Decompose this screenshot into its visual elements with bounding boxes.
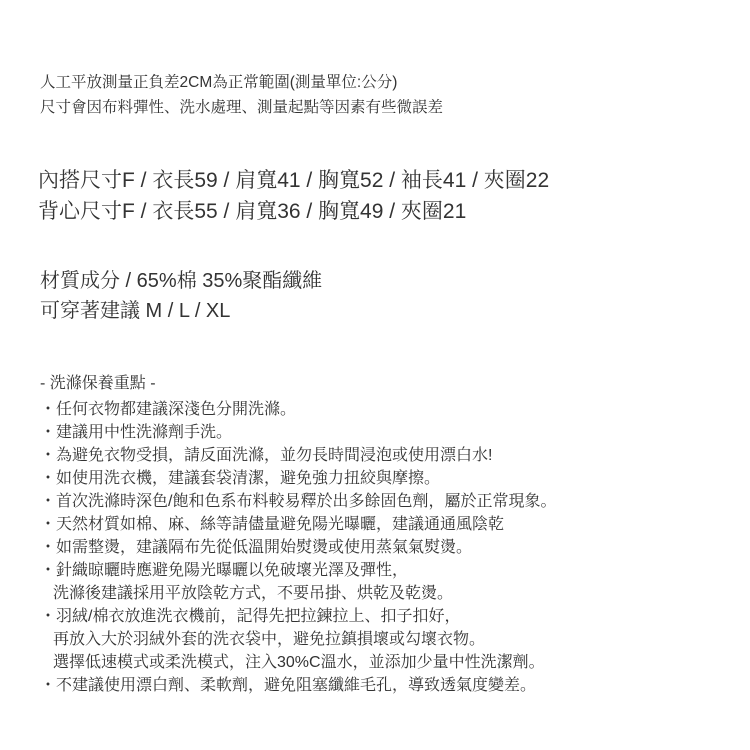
care-instruction-line: ・首次洗滌時深色/飽和色系布料較易釋於出多餘固色劑，屬於正常現象。 xyxy=(40,490,556,513)
care-instruction-line: ・任何衣物都建議深淺色分開洗滌。 xyxy=(40,398,556,421)
measurement-note-line: 人工平放測量正負差2CM為正常範圍(測量單位:公分) xyxy=(40,70,443,95)
size-spec: 內搭尺寸F / 衣長59 / 肩寬41 / 胸寬52 / 袖長41 / 夾圈22… xyxy=(38,165,549,227)
measurement-note: 人工平放測量正負差2CM為正常範圍(測量單位:公分) 尺寸會因布料彈性、洗水處理… xyxy=(40,70,443,120)
care-instruction-line: ・如需整燙，建議隔布先從低溫開始熨燙或使用蒸氣氣熨燙。 xyxy=(40,536,556,559)
care-instruction-line: ・不建議使用漂白劑、柔軟劑，避免阻塞纖維毛孔，導致透氣度變差。 xyxy=(40,674,556,697)
care-instruction-line: ・為避免衣物受損，請反面洗滌，並勿長時間浸泡或使用漂白水! xyxy=(40,444,556,467)
size-spec-inner-layer-line: 內搭尺寸F / 衣長59 / 肩寬41 / 胸寬52 / 袖長41 / 夾圈22 xyxy=(38,165,549,196)
care-instruction-line: ・羽絨/棉衣放進洗衣機前，記得先把拉鍊拉上、扣子扣好， xyxy=(40,605,556,628)
material-info: 材質成分 / 65%棉 35%聚酯纖維 可穿著建議 M / L / XL xyxy=(40,266,322,326)
care-instruction-line: ・天然材質如棉、麻、絲等請儘量避免陽光曝曬，建議通通風陰乾 xyxy=(40,513,556,536)
wear-recommendation-line: 可穿著建議 M / L / XL xyxy=(40,296,322,326)
care-instruction-line: ・如使用洗衣機，建議套袋清潔，避免強力扭絞與摩擦。 xyxy=(40,467,556,490)
measurement-note-line: 尺寸會因布料彈性、洗水處理、測量起點等因素有些微誤差 xyxy=(40,95,443,120)
care-instruction-continuation-line: 選擇低速模式或柔洗模式，注入30%C溫水，並添加少量中性洗潔劑。 xyxy=(40,651,556,674)
care-instruction-line: ・建議用中性洗滌劑手洗。 xyxy=(40,421,556,444)
size-spec-vest-line: 背心尺寸F / 衣長55 / 肩寬36 / 胸寬49 / 夾圈21 xyxy=(38,196,549,227)
product-description-image: 人工平放測量正負差2CM為正常範圍(測量單位:公分) 尺寸會因布料彈性、洗水處理… xyxy=(0,0,750,750)
care-instruction-continuation-line: 再放入大於羽絨外套的洗衣袋中，避免拉鎮損壞或勾壞衣物。 xyxy=(40,628,556,651)
care-section: - 洗滌保養重點 - ・任何衣物都建議深淺色分開洗滌。 ・建議用中性洗滌劑手洗。… xyxy=(40,372,556,697)
material-composition-line: 材質成分 / 65%棉 35%聚酯纖維 xyxy=(40,266,322,296)
care-section-title: - 洗滌保養重點 - xyxy=(40,372,556,395)
care-instruction-continuation-line: 洗滌後建議採用平放陰乾方式，不要吊掛、烘乾及乾燙。 xyxy=(40,582,556,605)
care-instruction-line: ・針織晾曬時應避免陽光曝曬以免破壞光澤及彈性， xyxy=(40,559,556,582)
